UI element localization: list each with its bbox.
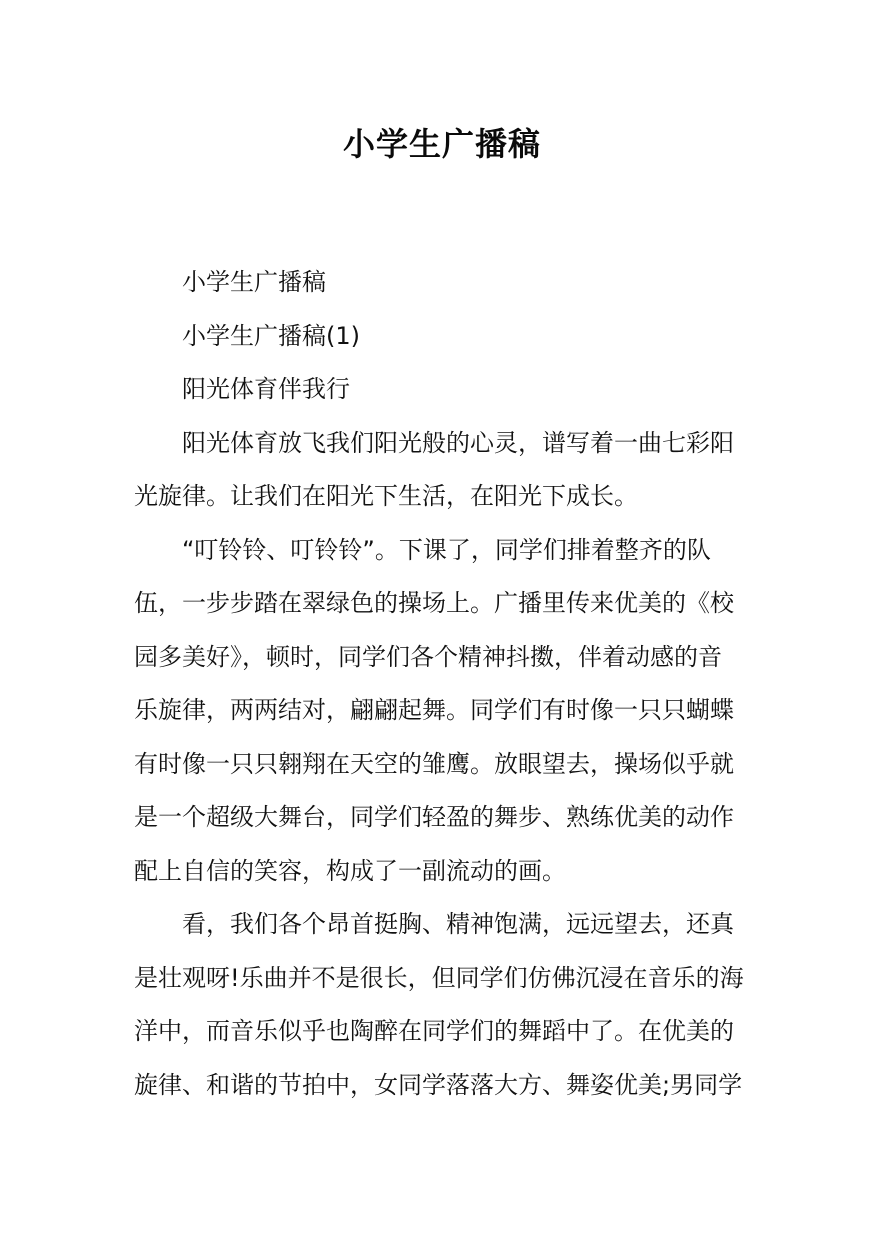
paragraph-line: 园多美好》，顿时，同学们各个精神抖擞，伴着动感的音 xyxy=(134,631,754,685)
paragraph-3: 看，我们各个昂首挺胸、精神饱满，远远望去，还真 是壮观呀!乐曲并不是很长，但同学… xyxy=(134,898,754,1112)
paragraph-line: 洋中，而音乐似乎也陶醉在同学们的舞蹈中了。在优美的 xyxy=(134,1005,754,1059)
paragraph-1: 阳光体育放飞我们阳光般的心灵，谱写着一曲七彩阳 光旋律。让我们在阳光下生活，在阳… xyxy=(134,417,754,524)
section-heading: 阳光体育伴我行 xyxy=(134,363,754,417)
document-page: 小学生广播稿 小学生广播稿 小学生广播稿(1) 阳光体育伴我行 阳光体育放飞我们… xyxy=(0,0,884,1250)
document-body: 小学生广播稿 小学生广播稿(1) 阳光体育伴我行 阳光体育放飞我们阳光般的心灵，… xyxy=(134,256,754,1112)
document-title: 小学生广播稿 xyxy=(0,122,884,166)
paragraph-line: 配上自信的笑容，构成了一副流动的画。 xyxy=(134,845,754,899)
paragraph-line: 阳光体育放飞我们阳光般的心灵，谱写着一曲七彩阳 xyxy=(134,417,754,471)
paragraph-line: 是一个超级大舞台，同学们轻盈的舞步、熟练优美的动作 xyxy=(134,791,754,845)
paragraph-line: 光旋律。让我们在阳光下生活，在阳光下成长。 xyxy=(134,470,754,524)
subheading: 小学生广播稿 xyxy=(134,256,754,310)
paragraph-line: 伍，一步步踏在翠绿色的操场上。广播里传来优美的《校 xyxy=(134,577,754,631)
subheading: 小学生广播稿(1) xyxy=(134,310,754,364)
paragraph-line: “叮铃铃、叮铃铃”。下课了，同学们排着整齐的队 xyxy=(134,524,754,578)
paragraph-line: 是壮观呀!乐曲并不是很长，但同学们仿佛沉浸在音乐的海 xyxy=(134,952,754,1006)
paragraph-line: 乐旋律，两两结对，翩翩起舞。同学们有时像一只只蝴蝶 xyxy=(134,684,754,738)
paragraph-line: 旋律、和谐的节拍中，女同学落落大方、舞姿优美;男同学 xyxy=(134,1059,754,1113)
paragraph-line: 有时像一只只翱翔在天空的雏鹰。放眼望去，操场似乎就 xyxy=(134,738,754,792)
paragraph-line: 看，我们各个昂首挺胸、精神饱满，远远望去，还真 xyxy=(134,898,754,952)
paragraph-2: “叮铃铃、叮铃铃”。下课了，同学们排着整齐的队 伍，一步步踏在翠绿色的操场上。广… xyxy=(134,524,754,899)
